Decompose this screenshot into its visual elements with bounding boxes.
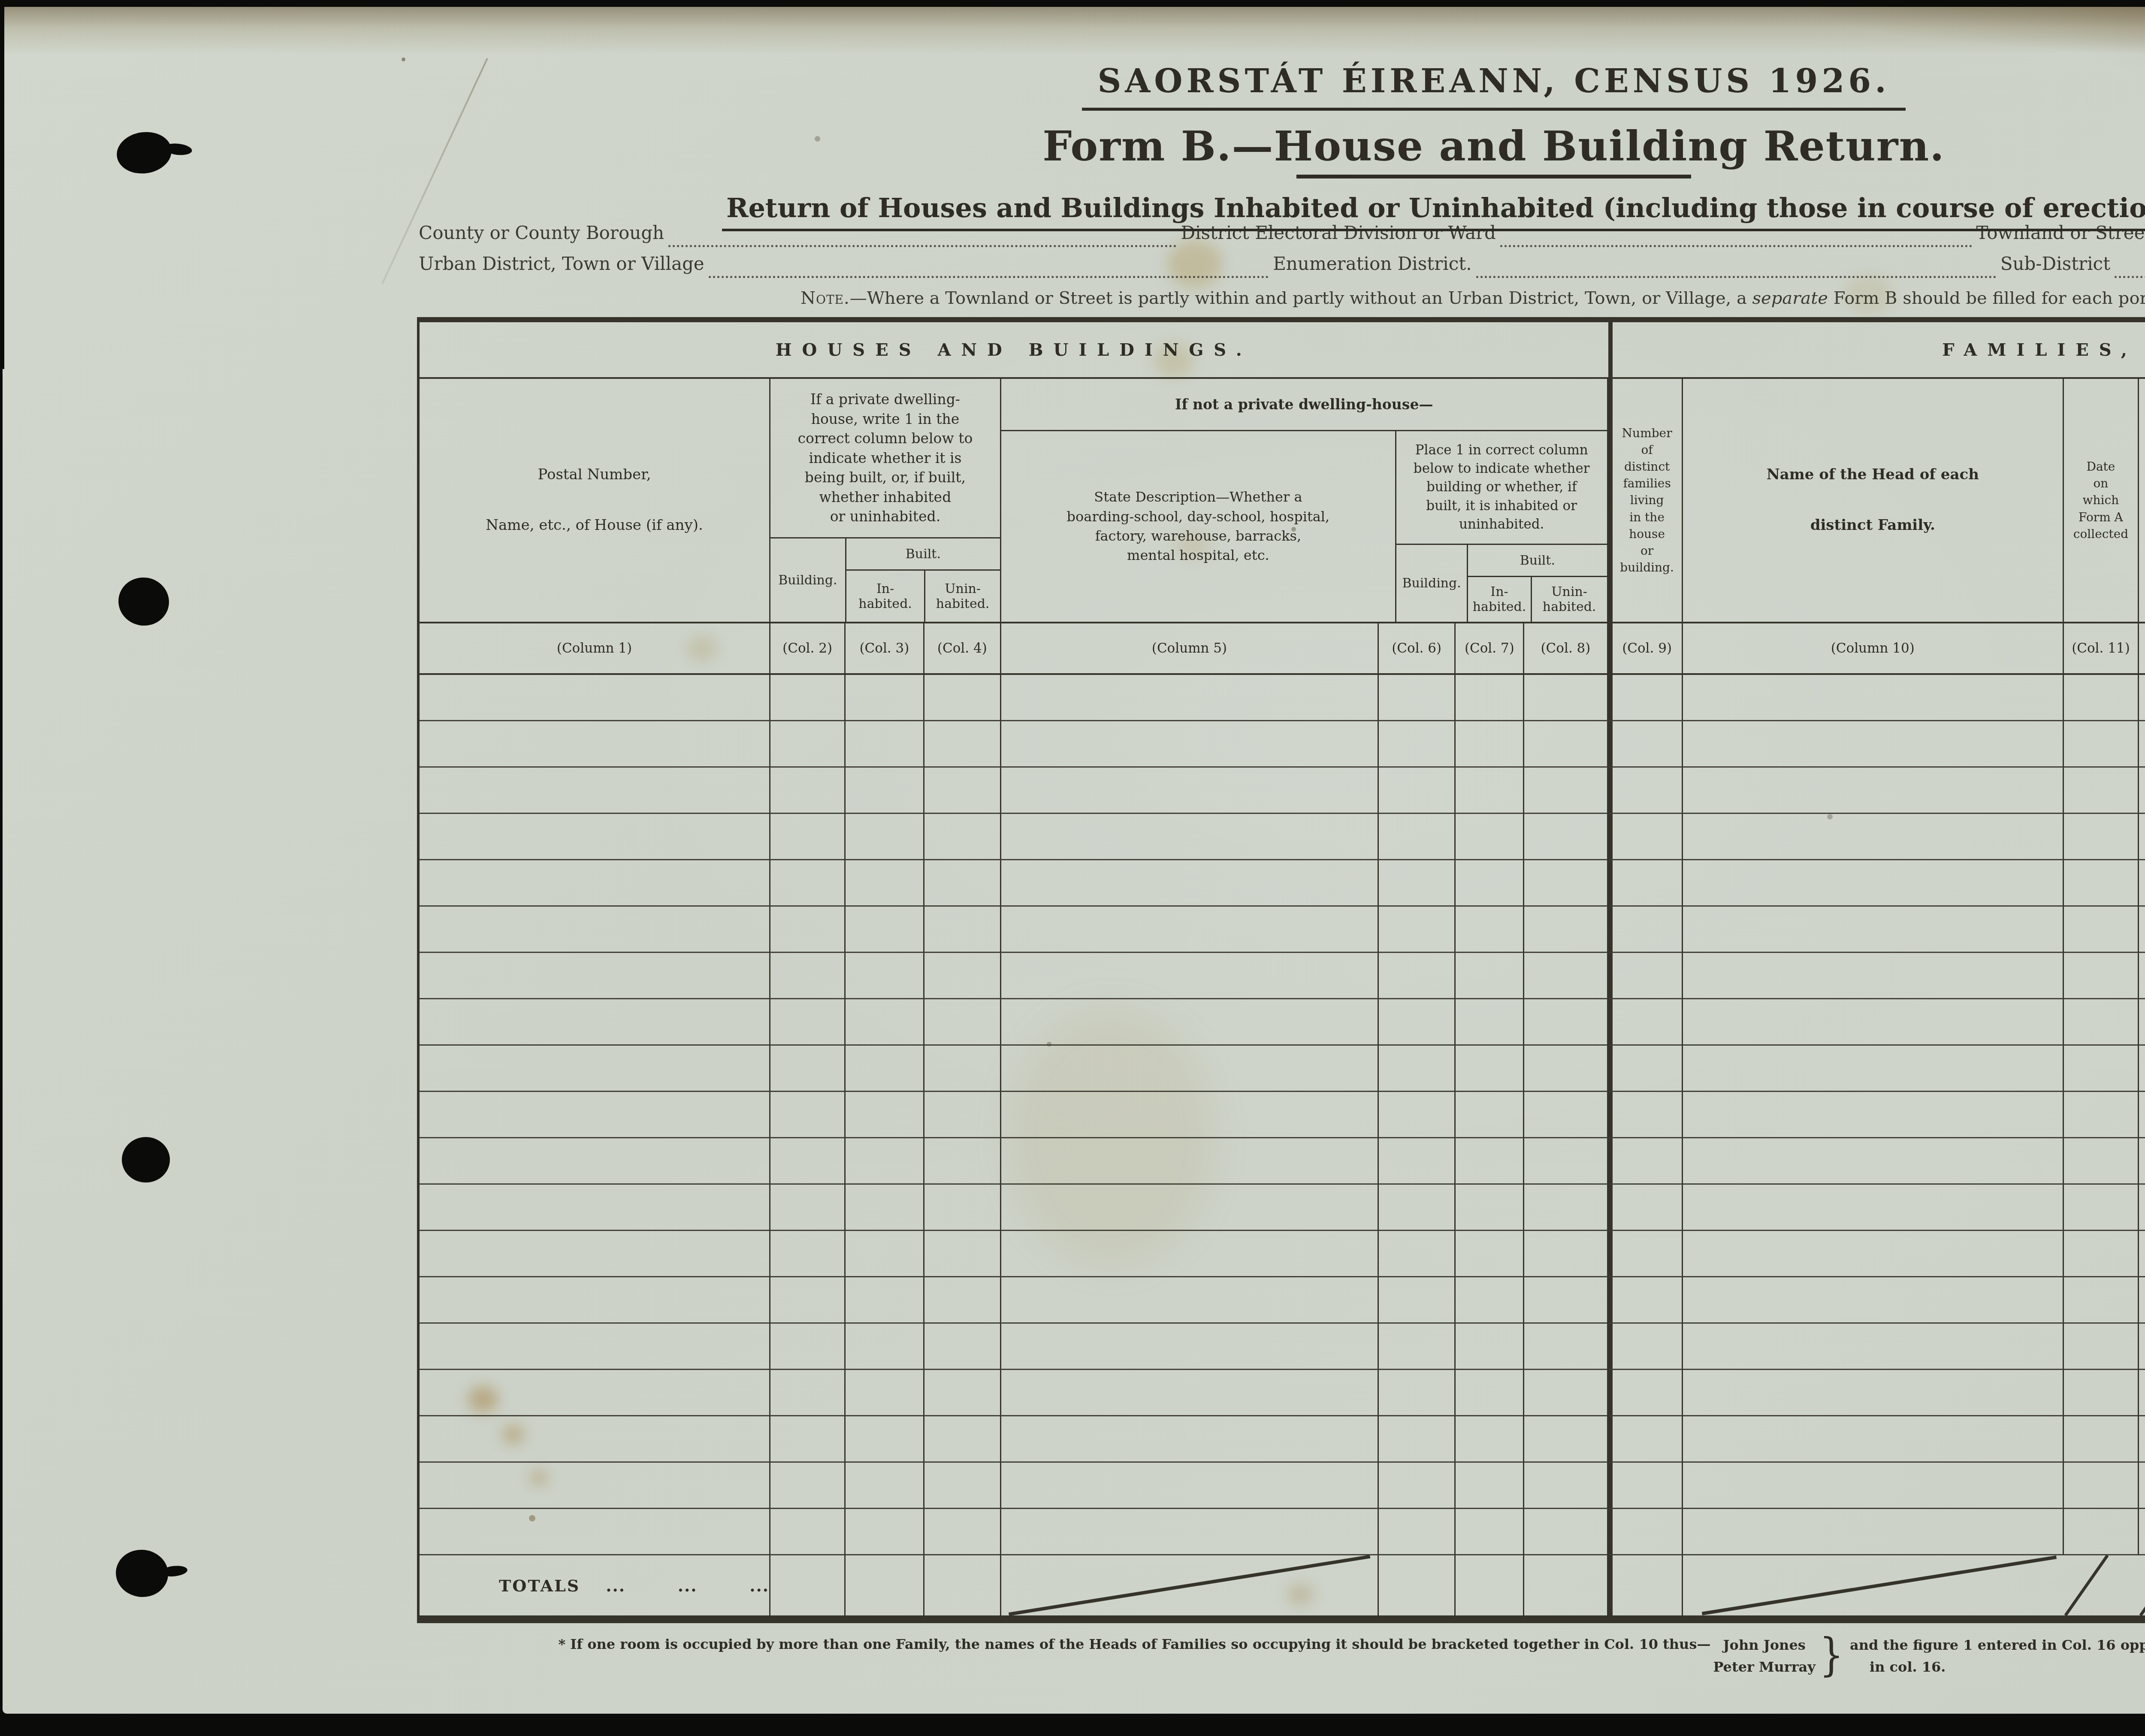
- body-cell: [1456, 1370, 1524, 1416]
- not-private-group-header: If not a private dwelling-house— State D…: [1001, 379, 1608, 623]
- body-cell: [2064, 1509, 2139, 1555]
- body-cell: [1683, 860, 2064, 907]
- body-cell: [1001, 1092, 1379, 1138]
- column-number-label: (Col. 2): [770, 623, 846, 675]
- body-cell: [1683, 1138, 2064, 1185]
- column-number-label: (Col. 7): [1456, 623, 1524, 675]
- body-cell: [1608, 1509, 1683, 1555]
- body-cell: [770, 1046, 846, 1092]
- body-cell: [2064, 1463, 2139, 1509]
- body-cell: [1524, 1370, 1608, 1416]
- scanned-census-form: { "masthead": { "census_title": "SAORSTÁ…: [0, 0, 2145, 1736]
- body-cell: [1001, 1416, 1379, 1463]
- built-label-col34: Built.: [846, 538, 1000, 571]
- body-cell: [846, 1185, 924, 1231]
- body-cell: [1456, 1092, 1524, 1138]
- totals-cell: [1524, 1555, 1608, 1615]
- totals-cell: [1456, 1555, 1524, 1615]
- body-cell: [770, 907, 846, 953]
- note-part1: —Where a Townland or Street is partly wi…: [850, 288, 1752, 308]
- body-cell: [2064, 1138, 2139, 1185]
- body-cell: [1456, 721, 1524, 768]
- urban-entry-line: [709, 276, 1269, 278]
- body-cell: [1456, 1185, 1524, 1231]
- body-cell: [1608, 675, 1683, 721]
- totals-cell: [924, 1555, 1001, 1615]
- house-building-return-table: HOUSES AND BUILDINGS. FAMILIES, ETC. Pos…: [417, 317, 2145, 1623]
- body-cell: [2139, 1138, 2145, 1185]
- body-cell: [1001, 1370, 1379, 1416]
- body-cell: [420, 1185, 770, 1231]
- body-cell: [1379, 953, 1456, 999]
- body-cell: [1683, 675, 2064, 721]
- body-cell: [1001, 1231, 1379, 1277]
- body-cell: [770, 1231, 846, 1277]
- col1-header-line1: Postal Number,: [538, 465, 651, 485]
- totals-cell: [770, 1555, 846, 1615]
- body-cell: [2139, 1231, 2145, 1277]
- body-cell: [924, 1092, 1001, 1138]
- body-cell: [2064, 814, 2139, 860]
- not-private-header: If not a private dwelling-house—: [1001, 379, 1607, 431]
- body-cell: [1001, 953, 1379, 999]
- building-label-col2: Building.: [770, 538, 846, 622]
- body-cell: [846, 814, 924, 860]
- body-cell: [924, 1509, 1001, 1555]
- body-cell: [420, 999, 770, 1046]
- totals-cell: [1608, 1555, 1683, 1615]
- body-cell: [2064, 860, 2139, 907]
- location-fields: County or County Borough District Electo…: [419, 222, 2145, 308]
- column-number-label: (Column 1): [420, 623, 770, 675]
- body-cell: [1683, 814, 2064, 860]
- body-cell: [1524, 1185, 1608, 1231]
- body-cell: [2139, 860, 2145, 907]
- col5-header: State Description—Whether a boarding-sch…: [1001, 431, 1396, 622]
- body-cell: [1608, 1416, 1683, 1463]
- body-cell: [1001, 860, 1379, 907]
- body-cell: [420, 1046, 770, 1092]
- diagonal-stroke: [1683, 1555, 2064, 1615]
- body-cell: [420, 860, 770, 907]
- body-cell: [924, 1463, 1001, 1509]
- body-cell: [2064, 1092, 2139, 1138]
- body-cell: [924, 953, 1001, 999]
- body-cell: [1608, 1185, 1683, 1231]
- body-cell: [846, 1231, 924, 1277]
- body-cell: [2064, 1185, 2139, 1231]
- col1-header: Postal Number, Name, etc., of House (if …: [420, 379, 770, 623]
- body-cell: [1524, 1092, 1608, 1138]
- column-number-label: (Column 10): [1683, 623, 2064, 675]
- body-cell: [2139, 1277, 2145, 1324]
- body-cell: [2064, 1370, 2139, 1416]
- body-cell: [2064, 999, 2139, 1046]
- totals-cell-col11: [2064, 1555, 2139, 1615]
- body-cell: [1001, 814, 1379, 860]
- body-cell: [924, 1324, 1001, 1370]
- footnote-tail1: and the figure 1 entered in Col. 16 oppo…: [1850, 1634, 2145, 1656]
- footnote-tail2: in col. 16.: [1870, 1656, 2145, 1678]
- paper-sheet: SAORSTÁT ÉIREANN, CENSUS 1926. Form B.—H…: [3, 7, 2145, 1714]
- punch-hole: [114, 129, 174, 177]
- body-cell: [420, 675, 770, 721]
- body-cell: [770, 953, 846, 999]
- body-cell: [1524, 1138, 1608, 1185]
- body-cell: [770, 860, 846, 907]
- col10-header: Name of the Head of each distinct Family…: [1683, 379, 2064, 623]
- ink-specks: [402, 57, 405, 61]
- body-cell: [1001, 768, 1379, 814]
- body-cell: [770, 1138, 846, 1185]
- form-title-rule: [1296, 175, 1691, 178]
- body-cell: [1456, 1138, 1524, 1185]
- totals-cell: [1379, 1555, 1456, 1615]
- body-cell: [1608, 999, 1683, 1046]
- body-cell: [2139, 1509, 2145, 1555]
- place1-header: Place 1 in correct column below to indic…: [1396, 431, 1607, 545]
- body-cell: [2139, 953, 2145, 999]
- body-cell: [924, 1231, 1001, 1277]
- body-cell: [2139, 907, 2145, 953]
- body-cell: [846, 953, 924, 999]
- body-cell: [2139, 999, 2145, 1046]
- body-cell: [924, 675, 1001, 721]
- body-cell: [2139, 768, 2145, 814]
- footnote: * If one room is occupied by more than o…: [419, 1634, 2145, 1678]
- body-cell: [2139, 1463, 2145, 1509]
- form-title: Form B.—House and Building Return.: [419, 122, 2145, 170]
- body-cell: [1456, 1046, 1524, 1092]
- body-cell: [1608, 1463, 1683, 1509]
- body-cell: [1001, 1463, 1379, 1509]
- field-subdistrict-label: Sub-District: [2000, 253, 2110, 274]
- column-number-label: (Col. 8): [1524, 623, 1608, 675]
- body-cell: [1379, 1416, 1456, 1463]
- body-cell: [846, 1046, 924, 1092]
- col1-header-line2: Name, etc., of House (if any).: [486, 515, 703, 536]
- field-townland-label: Townland or Street: [1976, 222, 2145, 243]
- body-cell: [1608, 721, 1683, 768]
- body-cell: [1524, 768, 1608, 814]
- body-cell: [1001, 1509, 1379, 1555]
- body-cell: [420, 953, 770, 999]
- note-part2: Form B should be filled for each portion…: [1828, 288, 2145, 308]
- uninhabited-label-col4: Unin- habited.: [925, 571, 1000, 622]
- body-cell: [2064, 1324, 2139, 1370]
- body-cell: [1524, 1277, 1608, 1324]
- section-families-header: FAMILIES, ETC.: [1608, 322, 2145, 379]
- body-cell: [924, 768, 1001, 814]
- body-cell: [1683, 1463, 2064, 1509]
- body-cell: [1524, 907, 1608, 953]
- body-cell: [1608, 1092, 1683, 1138]
- body-cell: [770, 1463, 846, 1509]
- body-cell: [420, 1277, 770, 1324]
- body-cell: [2139, 1092, 2145, 1138]
- col10-header-line1: Name of the Head of each: [1767, 465, 1979, 485]
- body-cell: [924, 999, 1001, 1046]
- body-cell: [1456, 1231, 1524, 1277]
- body-cell: [770, 768, 846, 814]
- body-cell: [1379, 860, 1456, 907]
- column-number-label: (Col. 3): [846, 623, 924, 675]
- body-cell: [1001, 907, 1379, 953]
- column-number-label: (Col. 6): [1379, 623, 1456, 675]
- body-cell: [770, 814, 846, 860]
- body-cell: [1683, 1370, 2064, 1416]
- column-number-label: (Col. 11): [2064, 623, 2139, 675]
- body-cell: [1524, 675, 1608, 721]
- totals-cell-col5: [1001, 1555, 1379, 1615]
- note-line: Note.—Where a Townland or Street is part…: [419, 288, 2145, 308]
- body-cell: [1683, 907, 2064, 953]
- body-cell: [420, 1324, 770, 1370]
- body-cell: [1456, 907, 1524, 953]
- body-cell: [1379, 721, 1456, 768]
- body-cell: [770, 1324, 846, 1370]
- column-number-label: (Col. 4): [924, 623, 1001, 675]
- body-cell: [420, 907, 770, 953]
- body-cell: [846, 1463, 924, 1509]
- body-cell: [2139, 1185, 2145, 1231]
- body-cell: [1001, 1138, 1379, 1185]
- body-cell: [1683, 953, 2064, 999]
- body-cell: [1379, 814, 1456, 860]
- totals-cell: [846, 1555, 924, 1615]
- body-cell: [924, 1185, 1001, 1231]
- body-cell: [1379, 1231, 1456, 1277]
- body-cell: [1379, 1463, 1456, 1509]
- body-cell: [846, 999, 924, 1046]
- body-cell: [1608, 1231, 1683, 1277]
- body-cell: [2064, 1277, 2139, 1324]
- punch-hole: [115, 574, 173, 630]
- body-cell: [1608, 1138, 1683, 1185]
- body-cell: [1456, 1416, 1524, 1463]
- body-cell: [1379, 1185, 1456, 1231]
- totals-dots: ... ... ...: [606, 1576, 769, 1595]
- footnote-tail: and the figure 1 entered in Col. 16 oppo…: [1850, 1634, 2145, 1678]
- body-cell: [2139, 1046, 2145, 1092]
- subdistrict-entry-line: [2115, 276, 2145, 278]
- body-cell: [1524, 953, 1608, 999]
- field-row-1: County or County Borough District Electo…: [419, 222, 2145, 253]
- body-cell: [2139, 1324, 2145, 1370]
- uninhabited-label-col8: Unin- habited.: [1532, 577, 1607, 622]
- body-cell: [1379, 1092, 1456, 1138]
- column-number-label: (Column 5): [1001, 623, 1379, 675]
- body-cell: [2139, 814, 2145, 860]
- body-cell: [846, 1092, 924, 1138]
- footnote-names: John Jones Peter Murray: [1713, 1634, 1815, 1678]
- body-cell: [1456, 675, 1524, 721]
- building-label-col6: Building.: [1396, 545, 1468, 622]
- built-group-col78: Built. In- habited. Unin- habited.: [1468, 545, 1607, 622]
- body-cell: [1608, 860, 1683, 907]
- body-cell: [1456, 1463, 1524, 1509]
- body-cell: [1379, 768, 1456, 814]
- body-cell: [1001, 675, 1379, 721]
- body-cell: [1524, 999, 1608, 1046]
- column-number-label: (Col. 12): [2139, 623, 2145, 675]
- body-cell: [1683, 1092, 2064, 1138]
- body-cell: [846, 1324, 924, 1370]
- totals-cell-col10: [1683, 1555, 2064, 1615]
- punch-hole: [114, 1547, 171, 1600]
- body-cell: [1001, 1185, 1379, 1231]
- body-cell: [1608, 953, 1683, 999]
- body-cell: [1456, 953, 1524, 999]
- section-houses-header: HOUSES AND BUILDINGS.: [420, 322, 1608, 379]
- body-cell: [1683, 1185, 2064, 1231]
- body-cell: [420, 814, 770, 860]
- totals-cell-col12: [2139, 1555, 2145, 1615]
- body-cell: [1379, 1046, 1456, 1092]
- body-cell: [1379, 1277, 1456, 1324]
- body-cell: [1608, 1370, 1683, 1416]
- body-cell: [770, 1416, 846, 1463]
- body-cell: [2139, 1416, 2145, 1463]
- body-cell: [1379, 1324, 1456, 1370]
- column-number-label: (Col. 9): [1608, 623, 1683, 675]
- note-italic-word: separate: [1752, 288, 1828, 308]
- body-cell: [1524, 1046, 1608, 1092]
- body-cell: [420, 1092, 770, 1138]
- body-cell: [420, 721, 770, 768]
- body-cell: [1456, 1277, 1524, 1324]
- body-cell: [770, 1277, 846, 1324]
- body-cell: [1524, 814, 1608, 860]
- inhabited-label-col3: In- habited.: [846, 571, 926, 622]
- col12-header: Number of Sched- ule as given on Form A: [2139, 379, 2145, 623]
- body-cell: [1608, 768, 1683, 814]
- body-cell: [924, 1046, 1001, 1092]
- col10-header-line2: distinct Family.: [1810, 515, 1935, 536]
- body-cell: [1524, 721, 1608, 768]
- body-cell: [846, 721, 924, 768]
- body-cell: [1683, 1509, 2064, 1555]
- body-cell: [2064, 953, 2139, 999]
- body-cell: [1524, 860, 1608, 907]
- footnote-name1: John Jones: [1723, 1634, 1805, 1656]
- field-enumeration-label: Enumeration District.: [1273, 253, 1471, 274]
- totals-row-label-cell: TOTALS ... ... ...: [420, 1555, 770, 1615]
- body-cell: [1683, 1231, 2064, 1277]
- footnote-lead: * If one room is occupied by more than o…: [558, 1634, 1710, 1652]
- body-cell: [1379, 1509, 1456, 1555]
- body-cell: [846, 907, 924, 953]
- body-cell: [1001, 1324, 1379, 1370]
- built-label-col78: Built.: [1468, 545, 1607, 577]
- body-cell: [1683, 999, 2064, 1046]
- body-cell: [770, 1370, 846, 1416]
- body-cell: [1456, 814, 1524, 860]
- body-cell: [1524, 1416, 1608, 1463]
- body-cell: [420, 768, 770, 814]
- col9-header: Number of distinct families living in th…: [1608, 379, 1683, 623]
- built-group-col34: Built. In- habited. Unin- habited.: [846, 538, 1000, 622]
- body-cell: [1456, 999, 1524, 1046]
- body-cell: [420, 1509, 770, 1555]
- body-cell: [1001, 1277, 1379, 1324]
- note-label: Note.: [801, 288, 850, 308]
- body-cell: [924, 814, 1001, 860]
- body-cell: [1608, 814, 1683, 860]
- body-cell: [924, 721, 1001, 768]
- private-dwelling-group-header: If a private dwelling- house, write 1 in…: [770, 379, 1001, 623]
- body-cell: [1683, 721, 2064, 768]
- body-cell: [1524, 1509, 1608, 1555]
- inhabited-label-col7: In- habited.: [1468, 577, 1532, 622]
- private-dwelling-header: If a private dwelling- house, write 1 in…: [770, 379, 1000, 538]
- body-cell: [1379, 907, 1456, 953]
- body-cell: [1001, 721, 1379, 768]
- body-cell: [420, 1231, 770, 1277]
- body-cell: [846, 860, 924, 907]
- body-cell: [1683, 768, 2064, 814]
- body-cell: [1456, 768, 1524, 814]
- punch-hole: [122, 1137, 170, 1183]
- body-cell: [1524, 1231, 1608, 1277]
- body-cell: [1001, 999, 1379, 1046]
- slash-stroke: [2064, 1555, 2139, 1615]
- body-cell: [924, 1370, 1001, 1416]
- body-cell: [770, 721, 846, 768]
- field-urban-label: Urban District, Town or Village: [419, 253, 704, 274]
- body-cell: [420, 1416, 770, 1463]
- body-cell: [924, 907, 1001, 953]
- totals-label: TOTALS: [499, 1576, 580, 1595]
- body-cell: [846, 1138, 924, 1185]
- body-cell: [1524, 1463, 1608, 1509]
- body-cell: [420, 1463, 770, 1509]
- body-cell: [1456, 1324, 1524, 1370]
- field-row-2: Urban District, Town or Village Enumerat…: [419, 253, 2145, 284]
- body-cell: [770, 1092, 846, 1138]
- body-cell: [420, 1138, 770, 1185]
- body-cell: [1001, 1046, 1379, 1092]
- body-cell: [1524, 1324, 1608, 1370]
- body-cell: [2064, 1046, 2139, 1092]
- body-cell: [2064, 768, 2139, 814]
- field-ded-label: District Electoral Division or Ward: [1181, 222, 1496, 243]
- body-cell: [924, 860, 1001, 907]
- body-cell: [1456, 860, 1524, 907]
- body-cell: [1608, 1046, 1683, 1092]
- body-cell: [770, 999, 846, 1046]
- body-cell: [1379, 1138, 1456, 1185]
- footnote-brace: }: [1819, 1633, 1843, 1677]
- masthead: SAORSTÁT ÉIREANN, CENSUS 1926. Form B.—H…: [419, 62, 2145, 231]
- body-cell: [924, 1416, 1001, 1463]
- body-cell: [1608, 907, 1683, 953]
- body-cell: [1456, 1509, 1524, 1555]
- body-cell: [1379, 1370, 1456, 1416]
- body-cell: [924, 1277, 1001, 1324]
- body-cell: [420, 1370, 770, 1416]
- body-cell: [1683, 1277, 2064, 1324]
- body-cell: [2139, 1370, 2145, 1416]
- slash-stroke: [2139, 1555, 2145, 1615]
- footnote-name2: Peter Murray: [1713, 1656, 1815, 1678]
- body-cell: [1683, 1046, 2064, 1092]
- body-cell: [1379, 675, 1456, 721]
- scan-edge-left: [0, 0, 4, 369]
- census-title: SAORSTÁT ÉIREANN, CENSUS 1926.: [1082, 62, 1905, 111]
- body-cell: [846, 1416, 924, 1463]
- body-cell: [770, 675, 846, 721]
